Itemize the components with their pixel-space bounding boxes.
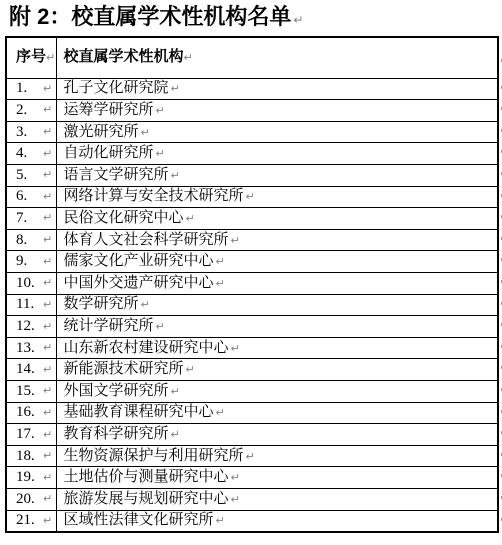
- row-serial-number: 7.: [16, 210, 27, 226]
- row-serial-number: 16.: [16, 404, 35, 420]
- cell-end-mark-icon: ↵: [156, 104, 165, 117]
- row-serial-cell: 1.↵: [6, 78, 56, 100]
- row-serial-cell: 18.↵: [6, 445, 56, 467]
- cell-end-mark-icon: ↵: [46, 51, 55, 64]
- row-serial-number: 20.: [16, 491, 35, 507]
- row-serial-number: 2.: [16, 102, 27, 118]
- institution-name: 孔子文化研究院: [64, 80, 169, 96]
- row-institution-cell: 教育科学研究所↵: [56, 424, 498, 446]
- row-serial-number: 13.: [16, 340, 35, 356]
- cell-end-mark-icon: ↵: [186, 212, 195, 225]
- table-row: 14.↵新能源技术研究所↵: [6, 359, 498, 381]
- institution-name: 语言文学研究所: [64, 167, 169, 183]
- row-institution-cell: 民俗文化研究中心↵: [56, 208, 498, 230]
- table-row: 13.↵山东新农村建设研究中心↵: [6, 337, 498, 359]
- table-row: 15.↵外国文学研究所↵: [6, 381, 498, 403]
- cell-end-mark-icon: ↵: [43, 342, 52, 353]
- row-serial-number: 4.: [16, 145, 27, 161]
- row-serial-cell: 13.↵: [6, 337, 56, 359]
- institution-name: 教育科学研究所: [64, 426, 169, 442]
- institution-name: 体育人文社会科学研究所: [64, 232, 229, 248]
- cell-end-mark-icon: ↵: [231, 234, 240, 247]
- table-row: 8.↵体育人文社会科学研究所↵: [6, 229, 498, 251]
- row-serial-cell: 5.↵: [6, 164, 56, 186]
- row-serial-cell: 19.↵: [6, 467, 56, 489]
- table-row: 20.↵旅游发展与规划研究中心↵: [6, 489, 498, 511]
- page-title-text: 附 2：校直属学术性机构名单: [9, 4, 291, 29]
- row-serial-cell: 9.↵: [6, 251, 56, 273]
- cell-end-mark-icon: ↵: [43, 385, 52, 396]
- row-institution-cell: 土地估价与测量研究中心↵: [56, 467, 498, 489]
- cell-end-mark-icon: ↵: [43, 169, 52, 180]
- institution-name: 网络计算与安全技术研究所: [64, 188, 244, 204]
- row-institution-cell: 中国外交遗产研究中心↵: [56, 272, 498, 294]
- table-body: 1.↵孔子文化研究院↵2.↵运筹学研究所↵3.↵激光研究所↵4.↵自动化研究所↵…: [6, 78, 498, 532]
- cell-end-mark-icon: ↵: [231, 342, 240, 355]
- row-institution-cell: 网络计算与安全技术研究所↵: [56, 186, 498, 208]
- row-institution-cell: 基础教育课程研究中心↵: [56, 402, 498, 424]
- row-serial-cell: 7.↵: [6, 208, 56, 230]
- row-institution-cell: 语言文学研究所↵: [56, 164, 498, 186]
- row-serial-cell: 17.↵: [6, 424, 56, 446]
- table-row: 9.↵儒家文化产业研究中心↵: [6, 251, 498, 273]
- institutions-table: 序号↵ 校直属学术性机构↵ 1.↵孔子文化研究院↵2.↵运筹学研究所↵3.↵激光…: [5, 36, 499, 533]
- row-institution-cell: 旅游发展与规划研究中心↵: [56, 489, 498, 511]
- table-row: 11.↵数学研究所↵: [6, 294, 498, 316]
- cell-end-mark-icon: ↵: [43, 364, 52, 375]
- cell-end-mark-icon: ↵: [246, 190, 255, 203]
- cell-end-mark-icon: ↵: [43, 104, 52, 115]
- table-row: 19.↵土地估价与测量研究中心↵: [6, 467, 498, 489]
- row-serial-number: 10.: [16, 275, 35, 291]
- table-row: 7.↵民俗文化研究中心↵: [6, 208, 498, 230]
- row-serial-number: 9.: [16, 253, 27, 269]
- row-serial-number: 8.: [16, 232, 27, 248]
- institution-name: 旅游发展与规划研究中心: [64, 491, 229, 507]
- institution-name: 土地估价与测量研究中心: [64, 469, 229, 485]
- institution-name: 区域性法律文化研究所: [64, 512, 214, 528]
- table-row: 3.↵激光研究所↵: [6, 121, 498, 143]
- header-cell-serial: 序号↵: [6, 37, 56, 78]
- table-row: 10.↵中国外交遗产研究中心↵: [6, 272, 498, 294]
- row-serial-cell: 15.↵: [6, 381, 56, 403]
- header-serial-label: 序号: [16, 48, 46, 65]
- cell-end-mark-icon: ↵: [156, 147, 165, 160]
- row-serial-number: 17.: [16, 426, 35, 442]
- row-institution-cell: 孔子文化研究院↵: [56, 78, 498, 100]
- table-header-row: 序号↵ 校直属学术性机构↵: [6, 37, 498, 78]
- cell-end-mark-icon: ↵: [43, 428, 52, 439]
- cell-end-mark-icon: ↵: [171, 385, 180, 398]
- row-serial-cell: 21.↵: [6, 510, 56, 532]
- table-row: 18.↵生物资源保护与利用研究所↵: [6, 445, 498, 467]
- row-serial-cell: 8.↵: [6, 229, 56, 251]
- row-serial-number: 19.: [16, 469, 35, 485]
- institution-name: 中国外交遗产研究中心: [64, 275, 214, 291]
- row-institution-cell: 区域性法律文化研究所↵: [56, 510, 498, 532]
- row-serial-cell: 4.↵: [6, 143, 56, 165]
- institution-name: 生物资源保护与利用研究所: [64, 448, 244, 464]
- row-serial-number: 12.: [16, 318, 35, 334]
- institution-name: 统计学研究所: [64, 318, 154, 334]
- row-institution-cell: 数学研究所↵: [56, 294, 498, 316]
- row-serial-number: 15.: [16, 383, 35, 399]
- cell-end-mark-icon: ↵: [184, 51, 193, 64]
- row-institution-cell: 运筹学研究所↵: [56, 100, 498, 122]
- header-cell-institution: 校直属学术性机构↵: [56, 37, 498, 78]
- row-serial-cell: 3.↵: [6, 121, 56, 143]
- institution-name: 外国文学研究所: [64, 383, 169, 399]
- row-serial-cell: 11.↵: [6, 294, 56, 316]
- row-institution-cell: 儒家文化产业研究中心↵: [56, 251, 498, 273]
- cell-end-mark-icon: ↵: [171, 428, 180, 441]
- row-serial-cell: 2.↵: [6, 100, 56, 122]
- row-serial-cell: 12.↵: [6, 316, 56, 338]
- row-institution-cell: 生物资源保护与利用研究所↵: [56, 445, 498, 467]
- table-row: 4.↵自动化研究所↵: [6, 143, 498, 165]
- cell-end-mark-icon: ↵: [216, 406, 225, 419]
- row-serial-cell: 14.↵: [6, 359, 56, 381]
- row-serial-cell: 10.↵: [6, 272, 56, 294]
- cell-end-mark-icon: ↵: [43, 277, 52, 288]
- table-row: 1.↵孔子文化研究院↵: [6, 78, 498, 100]
- table-row: 17.↵教育科学研究所↵: [6, 424, 498, 446]
- paragraph-mark-icon: ↵: [293, 13, 303, 27]
- cell-end-mark-icon: ↵: [43, 320, 52, 331]
- cell-end-mark-icon: ↵: [246, 450, 255, 463]
- table-row: 5.↵语言文学研究所↵: [6, 164, 498, 186]
- table-row: 21.↵区域性法律文化研究所↵: [6, 510, 498, 532]
- row-institution-cell: 新能源技术研究所↵: [56, 359, 498, 381]
- cell-end-mark-icon: ↵: [216, 514, 225, 527]
- cell-end-mark-icon: ↵: [141, 126, 150, 139]
- cell-end-mark-icon: ↵: [43, 212, 52, 223]
- cell-end-mark-icon: ↵: [43, 515, 52, 526]
- cell-end-mark-icon: ↵: [186, 363, 195, 376]
- institution-name: 新能源技术研究所: [64, 361, 184, 377]
- header-institution-label: 校直属学术性机构: [64, 48, 184, 65]
- row-institution-cell: 体育人文社会科学研究所↵: [56, 229, 498, 251]
- table-row: 12.↵统计学研究所↵: [6, 316, 498, 338]
- cell-end-mark-icon: ↵: [43, 83, 52, 94]
- cell-end-mark-icon: ↵: [216, 277, 225, 290]
- institution-name: 民俗文化研究中心: [64, 210, 184, 226]
- cell-end-mark-icon: ↵: [43, 407, 52, 418]
- cell-end-mark-icon: ↵: [216, 255, 225, 268]
- institution-name: 儒家文化产业研究中心: [64, 253, 214, 269]
- cell-end-mark-icon: ↵: [231, 493, 240, 506]
- row-serial-number: 1.: [16, 80, 27, 96]
- row-serial-cell: 20.↵: [6, 489, 56, 511]
- cell-end-mark-icon: ↵: [43, 472, 52, 483]
- row-institution-cell: 自动化研究所↵: [56, 143, 498, 165]
- row-institution-cell: 外国文学研究所↵: [56, 381, 498, 403]
- cell-end-mark-icon: ↵: [43, 234, 52, 245]
- row-serial-number: 18.: [16, 448, 35, 464]
- row-serial-cell: 6.↵: [6, 186, 56, 208]
- institution-name: 数学研究所: [64, 296, 139, 312]
- institution-name: 激光研究所: [64, 124, 139, 140]
- cell-end-mark-icon: ↵: [171, 169, 180, 182]
- cell-end-mark-icon: ↵: [43, 256, 52, 267]
- cell-end-mark-icon: ↵: [43, 450, 52, 461]
- table-row: 6.↵网络计算与安全技术研究所↵: [6, 186, 498, 208]
- institution-name: 山东新农村建设研究中心: [64, 340, 229, 356]
- row-serial-number: 21.: [16, 512, 35, 528]
- cell-end-mark-icon: ↵: [43, 191, 52, 202]
- table-row: 16.↵基础教育课程研究中心↵: [6, 402, 498, 424]
- table-row: 2.↵运筹学研究所↵: [6, 100, 498, 122]
- row-serial-number: 11.: [16, 296, 34, 312]
- row-institution-cell: 激光研究所↵: [56, 121, 498, 143]
- cell-end-mark-icon: ↵: [141, 298, 150, 311]
- cell-end-mark-icon: ↵: [171, 82, 180, 95]
- row-institution-cell: 统计学研究所↵: [56, 316, 498, 338]
- cell-end-mark-icon: ↵: [231, 471, 240, 484]
- row-serial-number: 6.: [16, 188, 27, 204]
- row-institution-cell: 山东新农村建设研究中心↵: [56, 337, 498, 359]
- row-serial-cell: 16.↵: [6, 402, 56, 424]
- cell-end-mark-icon: ↵: [43, 148, 52, 159]
- cell-end-mark-icon: ↵: [43, 493, 52, 504]
- cell-end-mark-icon: ↵: [43, 299, 52, 310]
- row-serial-number: 14.: [16, 361, 35, 377]
- institution-name: 基础教育课程研究中心: [64, 404, 214, 420]
- document-page: 附 2：校直属学术性机构名单↵ 序号↵ 校直属学术性机构↵ 1.↵孔子文化研究院…: [0, 0, 502, 545]
- institution-name: 自动化研究所: [64, 145, 154, 161]
- institution-name: 运筹学研究所: [64, 102, 154, 118]
- cell-end-mark-icon: ↵: [43, 126, 52, 137]
- page-title: 附 2：校直属学术性机构名单↵: [9, 4, 303, 33]
- row-serial-number: 3.: [16, 124, 27, 140]
- row-serial-number: 5.: [16, 167, 27, 183]
- cell-end-mark-icon: ↵: [156, 320, 165, 333]
